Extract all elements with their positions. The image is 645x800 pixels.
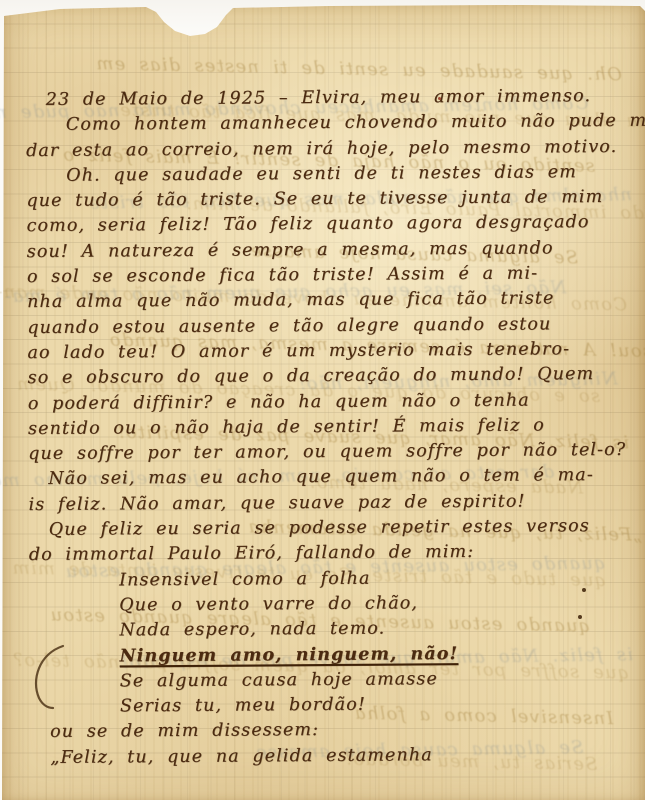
letter-line-quote: „Feliz, tu, que na gelida estamenha <box>8 741 643 771</box>
letter-line: Não sei, mas eu acho que quem não o tem … <box>6 463 641 493</box>
underlined-verse: Ninguem amo, ninguem, não! <box>120 644 459 666</box>
letter-line: Como hontem amanheceu chovendo muito não… <box>4 109 639 139</box>
letter-line: sou! A natureza é sempre a mesma, mas qu… <box>5 236 640 266</box>
ink-dot <box>582 588 586 592</box>
letter-line: nha alma que não muda, mas que fica tão … <box>5 286 640 316</box>
ink-dot <box>578 615 582 619</box>
scanned-letter-page: Oh. que saudade eu senti de ti nestes di… <box>0 0 645 800</box>
letter-line: Que feliz eu seria se podesse repetir es… <box>7 514 642 544</box>
letter-line: so e obscuro do que o da creação do mund… <box>6 362 641 392</box>
ink-speck <box>438 97 441 100</box>
letter-body: 23 de Maio de 1925 – Elvira, meu amor im… <box>4 84 644 771</box>
